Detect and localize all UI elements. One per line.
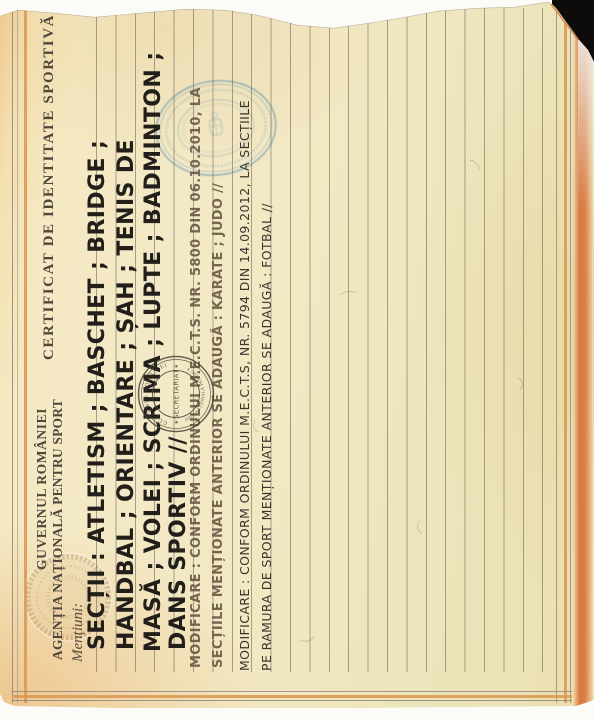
certificate-title: CERTIFICAT DE IDENTITATE SPORTIVĂ (41, 14, 58, 360)
handwritten-modification-2012-1: MODIFICARE : CONFORM ORDINULUI M.E.C.T.S… (237, 100, 252, 671)
certificate-paper: CERTIFICAT DE IDENTITATE SPORTIVĂ GUVERN… (0, 0, 594, 720)
frame-left-orange (24, 0, 27, 703)
handwritten-modification-2010-2: SECȚIILE MENȚIONATE ANTERIOR SE ADAUGĂ :… (211, 183, 226, 668)
handwritten-line-sections-2: HANDBAL ; ORIENTARE ; ȘAH ; TENIS DE (114, 139, 139, 650)
scanned-page: CERTIFICAT DE IDENTITATE SPORTIVĂ GUVERN… (0, 0, 594, 720)
handwritten-line-sections-1: SECȚII : ATLETISM ; BASCHET ; BRIDGE ; (85, 140, 110, 650)
frame-right-gray-inner (556, 0, 557, 703)
frame-left-gray-inner (17, 0, 18, 703)
handwritten-line-sections-4: DANS SPORTIV // (166, 436, 191, 650)
handwritten-modification-2012-2: PE RAMURA DE SPORT MENȚIONATE ANTERIOR S… (259, 203, 274, 671)
agency-line: AGENȚIA NAȚIONALĂ PENTRU SPORT (50, 399, 66, 660)
handwritten-modification-2010-1: MODIFICARE : CONFORM ORDINULUI M.E.C.T.S… (189, 87, 204, 668)
handwritten-line-sections-3: MASĂ ; VOLEI ; SCRIMA ; LUPTE ; BADMINTO… (141, 52, 166, 652)
frame-bottom-orange (12, 695, 572, 698)
frame-right-orange (564, 0, 567, 703)
frame-left-gray-outer (12, 0, 13, 703)
frame-bottom-gray-outer (12, 700, 572, 701)
top-right-edge-haze (578, 40, 594, 210)
frame-bottom-gray-inner (12, 691, 572, 692)
government-line: GUVERNUL ROMÂNIEI (34, 408, 50, 570)
frame-right-gray-outer (570, 0, 571, 703)
